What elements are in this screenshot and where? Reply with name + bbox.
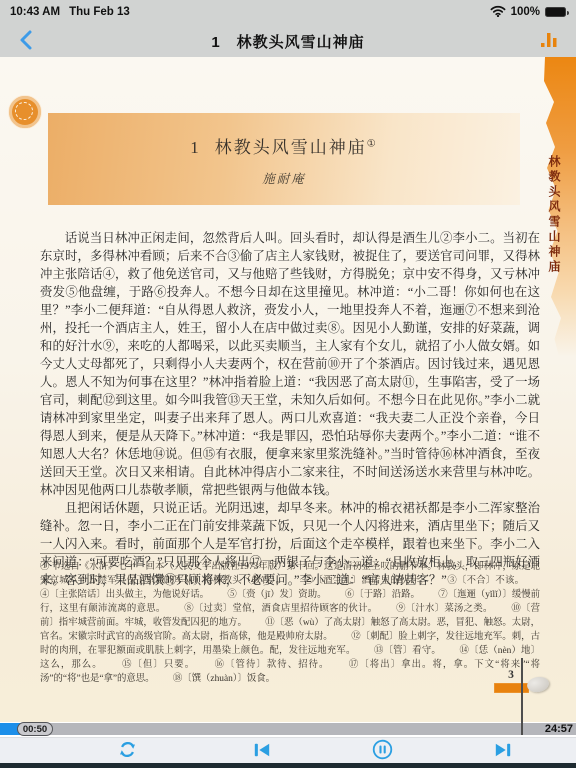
footnote-item: ②〔酒生儿〕酒店里的伙计。 bbox=[304, 576, 429, 586]
player-toolbar bbox=[0, 737, 576, 763]
status-right: 100% bbox=[490, 5, 566, 20]
textbook-page[interactable]: 林教头风雪山神庙 1林教头风雪山神庙① 施耐庵 话说当日林冲正闲走间，忽然背后人… bbox=[0, 57, 576, 722]
publisher-seal-icon bbox=[8, 95, 42, 129]
battery-percent: 100% bbox=[511, 6, 540, 18]
seal-pattern bbox=[15, 102, 33, 120]
home-indicator-strip bbox=[0, 763, 576, 768]
page-edge-line bbox=[521, 658, 523, 735]
previous-button[interactable] bbox=[245, 739, 279, 763]
total-time: 24:57 bbox=[545, 723, 573, 735]
replay-button[interactable] bbox=[110, 739, 144, 763]
status-bar: 10:43 AMThu Feb 13 100% bbox=[0, 0, 576, 24]
page-number-badge bbox=[494, 683, 529, 693]
footnote-item: ⑯〔管待〕款待、招待。 bbox=[215, 660, 330, 670]
footnote-item: ③〔不合〕不该。 bbox=[447, 576, 524, 586]
footnote-item: ⑱〔馔（zhuàn）〕饭食。 bbox=[173, 674, 275, 684]
footnote-item: ⑬〔管〕看守。 bbox=[374, 646, 441, 656]
progress-track[interactable] bbox=[0, 723, 576, 735]
footnote-item: ⑮〔但〕只要。 bbox=[122, 660, 195, 670]
next-button[interactable] bbox=[486, 739, 520, 763]
lesson-number: 1 bbox=[190, 138, 201, 157]
audio-progress-bar: 00:50 24:57 bbox=[0, 722, 576, 737]
status-left: 10:43 AMThu Feb 13 bbox=[10, 6, 139, 18]
skip-next-icon bbox=[493, 741, 513, 762]
footnotes-block: ① 节选自《水浒》七十一回本（人民文学出版社1973年版）第十回。这是清初金圣叹… bbox=[40, 560, 540, 686]
pause-button[interactable] bbox=[365, 739, 399, 763]
status-date: Thu Feb 13 bbox=[69, 6, 130, 18]
footnote-divider bbox=[40, 553, 252, 554]
lesson-title-text: 林教头风雪山神庙 bbox=[215, 138, 367, 157]
progress-thumb[interactable]: 00:50 bbox=[17, 722, 53, 736]
footnote-item: ⑤〔赍（jī）发〕资助。 bbox=[227, 590, 326, 600]
title-footnote-mark: ① bbox=[367, 138, 378, 149]
footnote-item: ④〔主张陪话〕出头做主，为他说好话。 bbox=[40, 590, 209, 600]
body-paragraph: 话说当日林冲正闲走间，忽然背后人叫。回头看时，却认得是酒生儿②李小二。当初在东京… bbox=[40, 229, 540, 499]
lesson-title: 1林教头风雪山神庙① bbox=[48, 133, 520, 158]
lesson-header: 1林教头风雪山神庙① 施耐庵 bbox=[48, 113, 520, 205]
lesson-body: 话说当日林冲正闲走间，忽然背后人叫。回头看时，却认得是酒生儿②李小二。当初在东京… bbox=[40, 229, 540, 589]
bar-chart-icon bbox=[539, 37, 559, 52]
battery-icon bbox=[545, 7, 566, 17]
side-tab-title: 林教头风雪山神庙 bbox=[546, 155, 563, 275]
pause-circle-icon bbox=[372, 739, 393, 763]
footnote-item: ⑨〔汁水〕菜汤之类。 bbox=[396, 604, 493, 614]
nav-bar: 1 林教头风雪山神庙 bbox=[0, 24, 576, 57]
footnote-item: ⑥〔于路〕沿路。 bbox=[345, 590, 420, 600]
status-time: 10:43 AM bbox=[10, 6, 60, 18]
skip-previous-icon bbox=[252, 741, 272, 762]
app-window: 10:43 AMThu Feb 13 100% 1 林教头 bbox=[0, 0, 576, 768]
page-title: 1 林教头风雪山神庙 bbox=[0, 31, 576, 52]
author-name: 施耐庵 bbox=[48, 169, 520, 187]
wifi-icon bbox=[490, 5, 506, 20]
stats-button[interactable] bbox=[536, 30, 562, 52]
footnote-item: ⑧〔过卖〕堂倌，酒食店里招待顾客的伙计。 bbox=[184, 604, 377, 614]
replay-icon bbox=[118, 740, 137, 762]
